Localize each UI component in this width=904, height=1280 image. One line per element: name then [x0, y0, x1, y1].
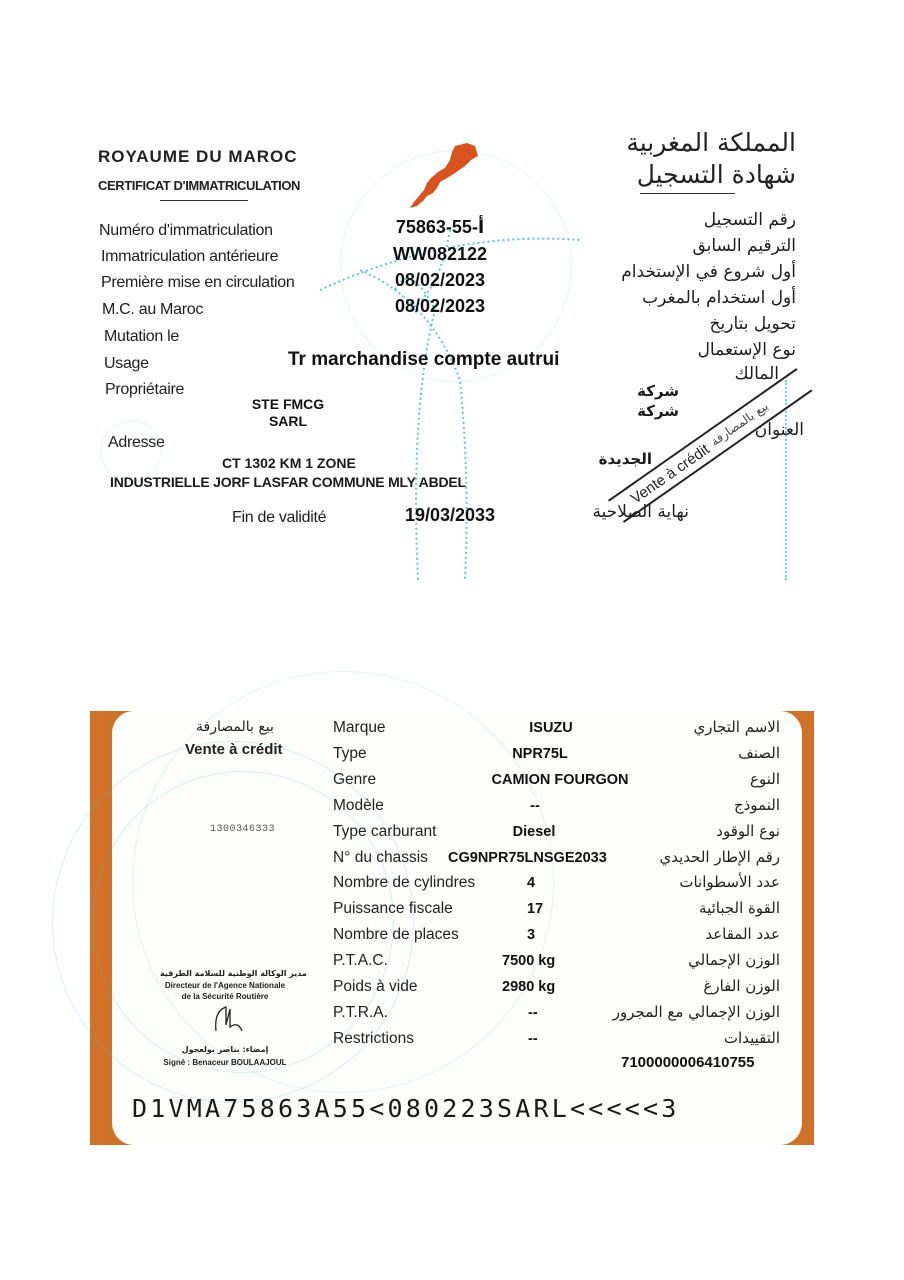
row-label-fr: Puissance fiscale [333, 900, 453, 918]
row-label-ar: الوزن الإجمالي [688, 951, 780, 969]
card-serial-number: 1300346333 [210, 824, 275, 835]
row-value: CAMION FOURGON [440, 772, 680, 788]
row-label-fr: Genre [333, 771, 376, 789]
label-ar-owner: المالك [735, 364, 779, 384]
row-value: CG9NPR75LNSGE2033 [448, 850, 607, 866]
credit-note-fr: Vente à crédit [185, 741, 283, 758]
label-expiry: Fin de validité [232, 509, 326, 527]
row-value: 7500 kg [502, 953, 555, 969]
machine-readable-zone: D1VMA75863A55<080223SARL<<<<<3 [132, 1094, 680, 1123]
value-previous-registration: WW082122 [370, 244, 510, 265]
value-owner-line2: SARL [238, 413, 338, 429]
row-label-ar: عدد الأسطوانات [679, 873, 780, 891]
row-label-fr: N° du chassis [333, 849, 428, 867]
label-ar-transfer-date: تحويل بتاريخ [710, 314, 796, 334]
row-label-fr: P.T.R.A. [333, 1004, 388, 1022]
value-address-line1: CT 1302 KM 1 ZONE [222, 455, 356, 471]
row-label-fr: Nombre de cylindres [333, 874, 475, 892]
row-value: NPR75L [420, 746, 660, 762]
morocco-map-icon [405, 138, 481, 210]
label-ar-usage: نوع الإستعمال [698, 340, 796, 360]
label-first-use-morocco: M.C. au Maroc [102, 301, 203, 319]
row-label-ar: الوزن الإجمالي مع المجرور [613, 1003, 780, 1021]
row-label-ar: القوة الجبائية [699, 899, 780, 917]
signature-title-fr-line1: Directeur de l'Agence Nationale [160, 981, 290, 990]
label-ar-first-circulation: أول شروع في الإستخدام [621, 262, 796, 282]
row-value: ISUZU [431, 720, 671, 736]
label-address: Adresse [108, 434, 165, 452]
card-surface: بيع بالمصارفة Vente à crédit 1300346333 … [112, 711, 802, 1145]
row-label-ar: الصنف [738, 744, 780, 762]
row-value: -- [528, 1005, 538, 1021]
row-label-ar: عدد المقاعد [705, 925, 780, 943]
label-ar-first-use-morocco: أول استخدام بالمغرب [642, 288, 796, 308]
row-label-fr: Nombre de places [333, 926, 459, 944]
label-ar-previous-registration: الترقيم السابق [692, 236, 796, 256]
row-label-ar: الوزن الفارغ [703, 977, 780, 995]
value-owner-line1: STE FMCG [238, 396, 338, 412]
row-value: 4 [512, 875, 567, 891]
value-ar-owner-line2: شركة [637, 402, 679, 420]
row-label-ar: النوع [750, 770, 780, 788]
country-name-fr: ROYAUME DU MAROC [98, 147, 298, 167]
row-value: -- [528, 1031, 538, 1047]
signature-title-ar: مدير الوكالة الوطنية للسلامة الطرقية [160, 969, 290, 978]
row-value: -- [415, 798, 655, 814]
row-label-fr: Restrictions [333, 1030, 414, 1048]
value-address-line2: INDUSTRIELLE JORF LASFAR COMMUNE MLY ABD… [110, 474, 466, 490]
row-label-fr: Poids à vide [333, 978, 417, 996]
row-label-fr: Type [333, 745, 367, 763]
row-value: 2980 kg [502, 979, 555, 995]
signature-icon [212, 1001, 248, 1037]
value-usage: Tr marchandise compte autrui [288, 349, 559, 371]
signature-title-fr-line2: de la Sécurité Routière [160, 992, 290, 1001]
document-title-fr: CERTIFICAT D'IMMATRICULATION [98, 178, 300, 193]
value-registration-number: 75863-أ-55 [370, 217, 510, 238]
row-label-ar: نوع الوقود [716, 822, 780, 840]
label-ar-registration-number: رقم التسجيل [704, 210, 796, 230]
signed-by-fr: Signé : Benaceur BOULAAJOUL [160, 1058, 290, 1067]
label-registration-number: Numéro d'immatriculation [99, 222, 273, 240]
label-owner: Propriétaire [105, 381, 184, 399]
row-label-fr: P.T.A.C. [333, 952, 388, 970]
document-title-ar: شهادة التسجيل [637, 160, 796, 189]
registration-certificate-front: ROYAUME DU MAROC CERTIFICAT D'IMMATRICUL… [0, 0, 904, 600]
label-transfer-date: Mutation le [104, 328, 179, 346]
title-underline [160, 200, 248, 201]
row-label-ar: رقم الإطار الحديدي [660, 848, 781, 866]
row-value: 3 [512, 927, 567, 943]
title-ar-underline [640, 193, 735, 194]
row-value: Diesel [414, 824, 654, 840]
value-ar-address: الجديدة [599, 450, 652, 468]
row-label-ar: التقييدات [724, 1029, 780, 1047]
label-first-circulation: Première mise en circulation [101, 274, 294, 292]
label-previous-registration: Immatriculation antérieure [101, 248, 278, 266]
row-label-ar: النموذج [734, 796, 780, 814]
credit-note-ar: بيع بالمصارفة [196, 719, 274, 735]
row-label-fr: Marque [333, 719, 386, 737]
country-name-ar: المملكة المغربية [626, 128, 796, 157]
label-usage: Usage [104, 355, 149, 373]
value-ar-owner-line1: شركة [637, 382, 679, 400]
registration-certificate-back: بيع بالمصارفة Vente à crédit 1300346333 … [90, 711, 814, 1145]
row-label-fr: Modèle [333, 797, 384, 815]
value-first-use-morocco: 08/02/2023 [370, 296, 510, 317]
signed-by-ar: إمضاء: بناصر بولعجول [160, 1045, 290, 1054]
document-number: 7100000006410755 [621, 1054, 754, 1071]
row-value: 17 [512, 901, 567, 917]
value-first-circulation: 08/02/2023 [370, 270, 510, 291]
row-label-ar: الاسم التجاري [693, 718, 780, 736]
value-expiry: 19/03/2033 [385, 505, 515, 526]
